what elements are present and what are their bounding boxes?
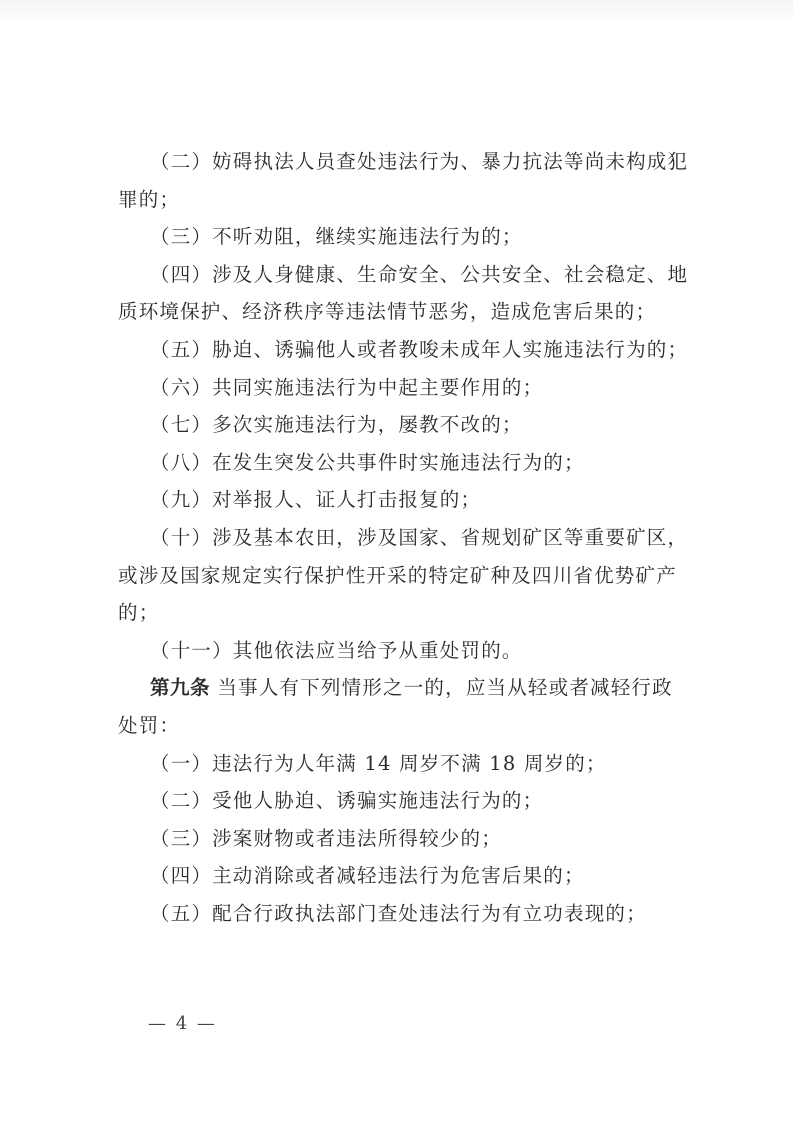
article-9-intro: 第九条 当事人有下列情形之一的，应当从轻或者减轻行政 bbox=[118, 669, 678, 707]
list-item-10-cont: 或涉及国家规定实行保护性开采的特定矿种及四川省优势矿产 bbox=[118, 557, 678, 595]
list-item-7: （七）多次实施违法行为，屡教不改的； bbox=[118, 406, 678, 444]
document-page: （二）妨碍执法人员查处违法行为、暴力抗法等尚未构成犯 罪的； （三）不听劝阻，继… bbox=[118, 143, 678, 932]
article-9-intro-cont: 处罚： bbox=[118, 707, 678, 745]
article-heading: 第九条 bbox=[150, 676, 210, 699]
list-item-3: （三）不听劝阻，继续实施违法行为的； bbox=[118, 218, 678, 256]
list-item-4: （四）涉及人身健康、生命安全、公共安全、社会稳定、地 bbox=[118, 256, 678, 294]
list-item-4-cont: 质环境保护、经济秩序等违法情节恶劣，造成危害后果的； bbox=[118, 293, 678, 331]
article-item-3: （三）涉案财物或者违法所得较少的； bbox=[118, 820, 678, 858]
list-item-2: （二）妨碍执法人员查处违法行为、暴力抗法等尚未构成犯 bbox=[118, 143, 678, 181]
list-item-6: （六）共同实施违法行为中起主要作用的； bbox=[118, 369, 678, 407]
list-item-11: （十一）其他依法应当给予从重处罚的。 bbox=[118, 632, 678, 670]
article-item-5: （五）配合行政执法部门查处违法行为有立功表现的； bbox=[118, 895, 678, 933]
scan-edge bbox=[0, 0, 793, 22]
list-item-9: （九）对举报人、证人打击报复的； bbox=[118, 481, 678, 519]
article-intro-text: 当事人有下列情形之一的，应当从轻或者减轻行政 bbox=[210, 676, 673, 699]
list-item-5: （五）胁迫、诱骗他人或者教唆未成年人实施违法行为的； bbox=[118, 331, 678, 369]
list-item-10-cont-2: 的； bbox=[118, 594, 678, 632]
list-item-8: （八）在发生突发公共事件时实施违法行为的； bbox=[118, 444, 678, 482]
article-item-1: （一）违法行为人年满 14 周岁不满 18 周岁的； bbox=[118, 745, 678, 783]
article-item-2: （二）受他人胁迫、诱骗实施违法行为的； bbox=[118, 782, 678, 820]
list-item-10: （十）涉及基本农田，涉及国家、省规划矿区等重要矿区， bbox=[118, 519, 678, 557]
page-number: — 4 — bbox=[148, 1013, 217, 1034]
list-item-2-cont: 罪的； bbox=[118, 181, 678, 219]
article-item-4: （四）主动消除或者减轻违法行为危害后果的； bbox=[118, 857, 678, 895]
